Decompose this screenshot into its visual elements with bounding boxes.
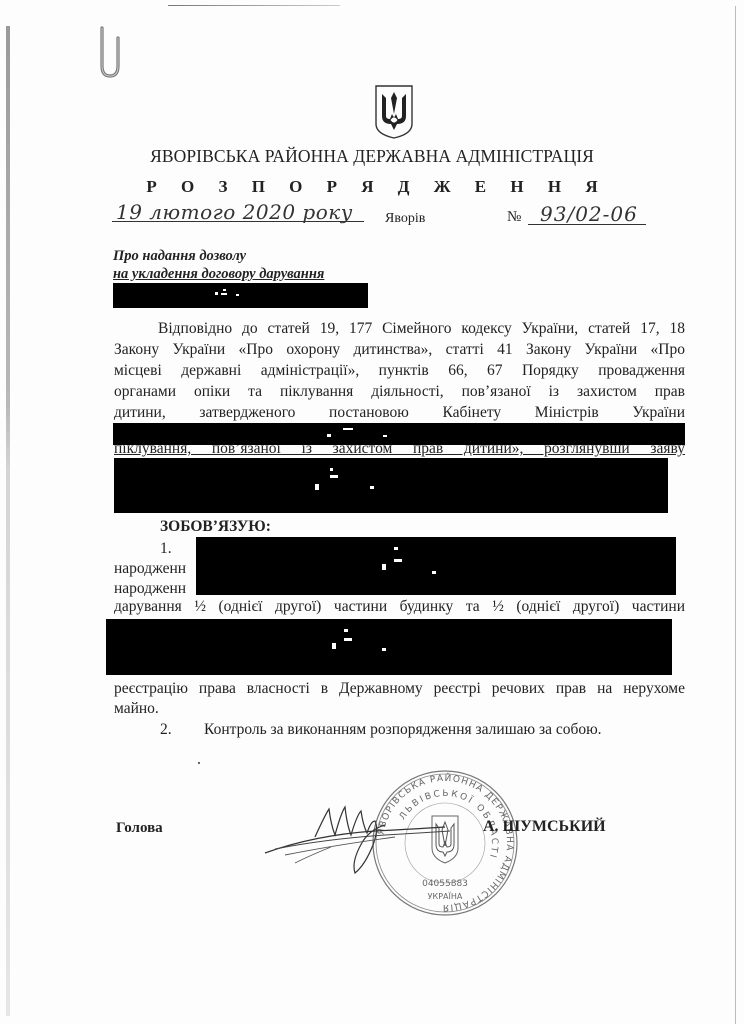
- city: Яворів: [385, 211, 425, 227]
- ukraine-trident-icon: [374, 84, 414, 140]
- item-number: 2.: [160, 721, 172, 739]
- body-line: дарування ½ (однієї другої) частини буди…: [114, 598, 685, 616]
- body-line: реєстрацію права власності в Державному …: [114, 680, 685, 698]
- date-underline: [112, 221, 364, 222]
- document-title: Р О З П О Р Я Д Ж Е Н Н Я: [0, 177, 744, 197]
- body-line: дитини, затвердженого постановою Кабінет…: [114, 404, 685, 422]
- handwritten-signature: [255, 795, 455, 885]
- redaction-block: [196, 537, 676, 595]
- scan-speck: [198, 762, 200, 764]
- signatory-name: А. ШУМСЬКИЙ: [483, 818, 606, 836]
- item-number: 1.: [160, 540, 172, 558]
- subject-line-2: на укладення договору дарування: [113, 265, 324, 283]
- body-line: майно.: [114, 700, 685, 718]
- handwritten-number: 93/02-06: [540, 202, 638, 226]
- redaction-block: [106, 619, 672, 675]
- signatory-role: Голова: [116, 820, 163, 837]
- item-fragment: народженн: [114, 580, 186, 598]
- body-line: місцеві державні адміністрації», пунктів…: [114, 362, 685, 380]
- obligate-heading: ЗОБОВ’ЯЗУЮ:: [160, 518, 271, 536]
- scan-left-edge: [6, 26, 10, 1016]
- redaction-block: [114, 458, 668, 513]
- scan-edge-line: [168, 5, 340, 6]
- item-text: Контроль за виконанням розпорядження зал…: [204, 721, 602, 739]
- redaction-block: [113, 423, 685, 445]
- body-line: органами опіки та піклування діяльності,…: [114, 383, 685, 401]
- subject-line-1: Про надання дозволу: [113, 247, 324, 265]
- number-label: №: [507, 209, 521, 226]
- item-fragment: народженн: [114, 560, 186, 578]
- body-line: Відповідно до статей 19, 177 Сімейного к…: [114, 320, 685, 338]
- body-line: Закону України «Про охорону дитинства», …: [114, 341, 685, 359]
- svg-text:УКРАЇНА: УКРАЇНА: [428, 891, 463, 901]
- subject: Про надання дозволу на укладення договор…: [113, 247, 324, 283]
- paperclip-icon: [98, 26, 122, 78]
- organization-name: ЯВОРІВСЬКА РАЙОННА ДЕРЖАВНА АДМІНІСТРАЦІ…: [0, 146, 744, 167]
- redaction-block: [113, 283, 368, 308]
